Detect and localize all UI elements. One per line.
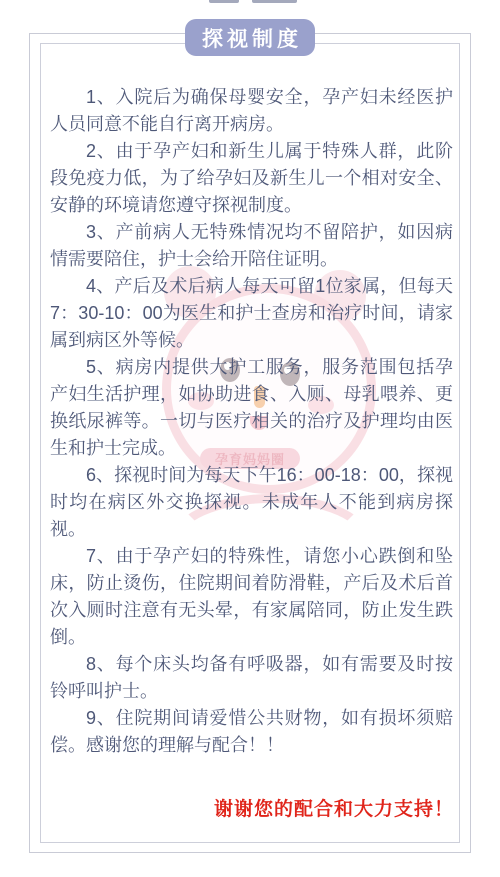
rule-paragraph: 5、病房内提供大护工服务，服务范围包括孕产妇生活护理，如协助进食、入厕、母乳喂养…: [50, 354, 453, 462]
rule-paragraph: 3、产前病人无特殊情况均不留陪护，如因病情需要陪住，护士会给开陪住证明。: [50, 219, 453, 273]
rule-paragraph: 1、入院后为确保母婴安全，孕产妇未经医护人员同意不能自行离开病房。: [50, 84, 453, 138]
rule-paragraph: 4、产后及术后病人每天可留1位家属，但每天7：30-10：00为医生和护士查房和…: [50, 273, 453, 354]
page-title: 探视制度: [185, 19, 315, 56]
rule-paragraph: 9、住院期间请爱惜公共财物，如有损坏须赔偿。感谢您的理解与配合！！: [50, 705, 453, 759]
rule-paragraph: 2、由于孕产妇和新生儿属于特殊人群，此阶段免疫力低，为了给孕妇及新生儿一个相对安…: [50, 138, 453, 219]
cropped-previous-card-sliver: [252, 0, 297, 3]
rule-paragraph: 7、由于孕产妇的特殊性，请您小心跌倒和坠床，防止烫伤，住院期间着防滑鞋，产后及术…: [50, 543, 453, 651]
rules-list: 1、入院后为确保母婴安全，孕产妇未经医护人员同意不能自行离开病房。 2、由于孕产…: [50, 84, 453, 759]
rule-paragraph: 6、探视时间为每天下午16：00-18：00，探视时均在病区外交换探视。未成年人…: [50, 462, 453, 543]
rule-paragraph: 8、每个床头均备有呼吸器，如有需要及时按铃呼叫护士。: [50, 651, 453, 705]
thanks-note: 谢谢您的配合和大力支持！: [214, 794, 454, 821]
cropped-previous-card-sliver: [209, 0, 239, 3]
notice-card: 探视制度 孕育妈妈圈 1、入院后为确保母婴安全，孕产妇未经医护人员同意不能自行离…: [0, 0, 500, 877]
